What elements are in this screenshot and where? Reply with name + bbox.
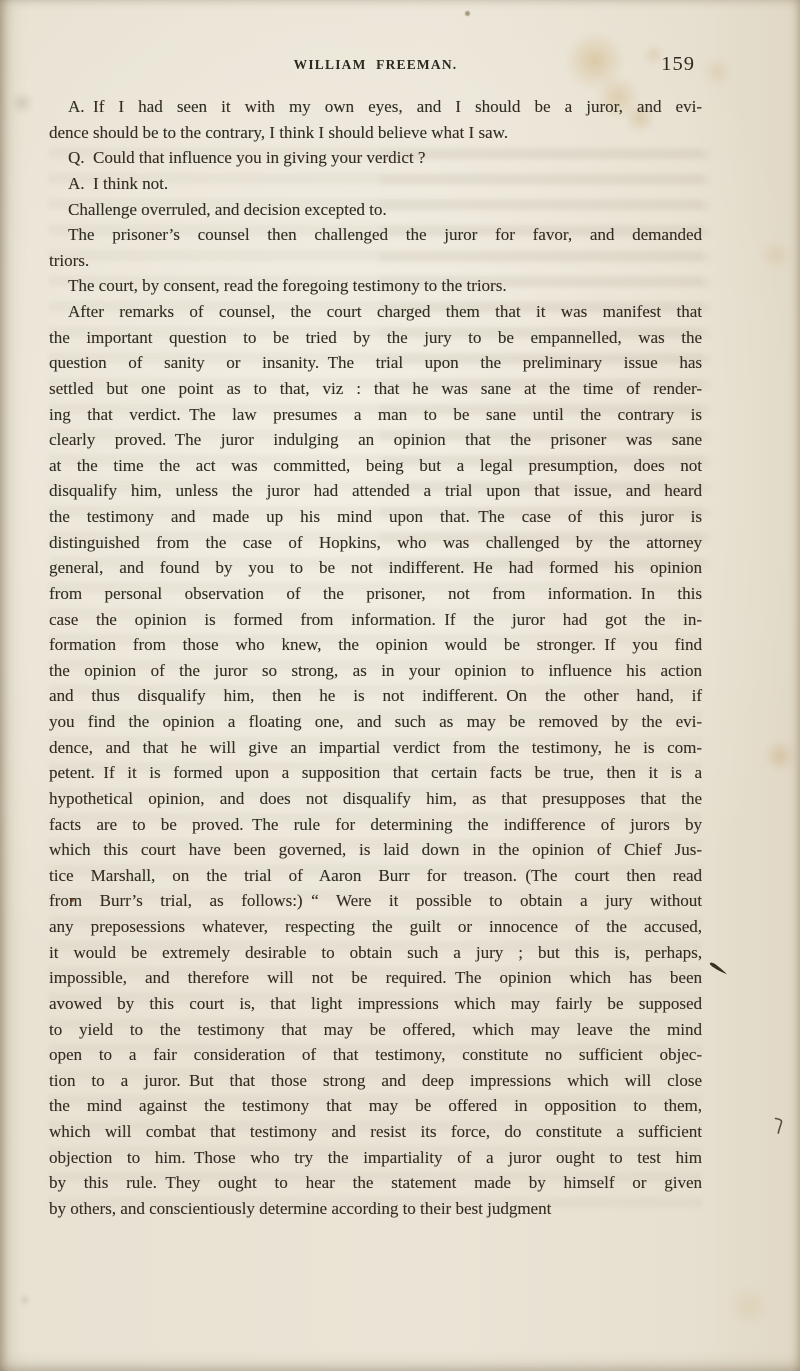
text-line: by others, and conscientiously determine… <box>49 1196 702 1222</box>
text-line: hypothetical opinion, and does not disqu… <box>49 786 702 812</box>
pen-mark <box>708 960 732 978</box>
text-line: avowed by this court is, that light impr… <box>49 991 702 1017</box>
text-line: A. I think not. <box>49 171 702 197</box>
paper-stain <box>20 1296 30 1304</box>
text-line: by this rule. They ought to hear the sta… <box>49 1170 702 1196</box>
text-line: ing that verdict. The law presumes a man… <box>49 402 702 428</box>
paper-stain <box>10 92 34 114</box>
text-line: dence should be to the contrary, I think… <box>49 120 702 146</box>
text-line: formation from those who knew, the opini… <box>49 632 702 658</box>
text-line: case the opinion is formed from informat… <box>49 607 702 633</box>
text-line: impossible, and therefore will not be re… <box>49 965 702 991</box>
text-line: disqualify him, unless the juror had att… <box>49 478 702 504</box>
text-line: tice Marshall, on the trial of Aaron Bur… <box>49 863 702 889</box>
text-line: distinguished from the case of Hopkins, … <box>49 530 702 556</box>
text-block: A. If I had seen it with my own eyes, an… <box>49 94 702 1222</box>
running-title: WILLIAM FREEMAN. <box>49 57 702 73</box>
page-number: 159 <box>661 53 695 76</box>
text-line: from personal observation of the prisone… <box>49 581 702 607</box>
text-line: settled but one point as to that, viz : … <box>49 376 702 402</box>
text-line: The prisoner’s counsel then challenged t… <box>49 222 702 248</box>
text-line: which will combat that testimony and res… <box>49 1119 702 1145</box>
text-line: question of sanity or insanity. The tria… <box>49 350 702 376</box>
text-line: general, and found by you to be not indi… <box>49 555 702 581</box>
text-line: the mind against the testimony that may … <box>49 1093 702 1119</box>
paper-stain <box>762 238 790 272</box>
pen-mark-small <box>774 1117 786 1135</box>
text-line: clearly proved. The juror indulging an o… <box>49 427 702 453</box>
paper-stain <box>725 1288 773 1324</box>
text-line: Challenge overruled, and decision except… <box>49 197 702 223</box>
paper-stain <box>764 740 796 772</box>
text-line: dence, and that he will give an impartia… <box>49 735 702 761</box>
text-line: After remarks of counsel, the court char… <box>49 299 702 325</box>
text-line: any preposessions whatever, respecting t… <box>49 914 702 940</box>
text-line: at the time the act was committed, being… <box>49 453 702 479</box>
text-line: open to a fair consideration of that tes… <box>49 1042 702 1068</box>
text-line: the opinion of the juror so strong, as i… <box>49 658 702 684</box>
text-line: which this court have been governed, is … <box>49 837 702 863</box>
paper-stain <box>703 58 733 86</box>
text-line: The court, by consent, read the foregoin… <box>49 273 702 299</box>
paper-speck <box>465 11 470 16</box>
text-line: A. If I had seen it with my own eyes, an… <box>49 94 702 120</box>
text-line: triors. <box>49 248 702 274</box>
text-line: and thus disqualify him, then he is not … <box>49 683 702 709</box>
text-line: objection to him. Those who try the impa… <box>49 1145 702 1171</box>
text-line: Q. Could that influence you in giving yo… <box>49 145 702 171</box>
scanned-book-page: WILLIAM FREEMAN. 159 A. If I had seen it… <box>0 0 800 1371</box>
text-line: tion to a juror. But that those strong a… <box>49 1068 702 1094</box>
text-line: you find the opinion a floating one, and… <box>49 709 702 735</box>
text-line: petent. If it is formed upon a suppositi… <box>49 760 702 786</box>
page-header: WILLIAM FREEMAN. 159 <box>49 57 702 83</box>
text-line: to yield to the testimony that may be of… <box>49 1017 702 1043</box>
text-line: from Burr’s trial, as follows:) “ Were i… <box>49 888 702 914</box>
text-line: it would be extremely desirable to obtai… <box>49 940 702 966</box>
text-line: facts are to be proved. The rule for det… <box>49 812 702 838</box>
text-line: the important question to be tried by th… <box>49 325 702 351</box>
text-line: the testimony and made up his mind upon … <box>49 504 702 530</box>
